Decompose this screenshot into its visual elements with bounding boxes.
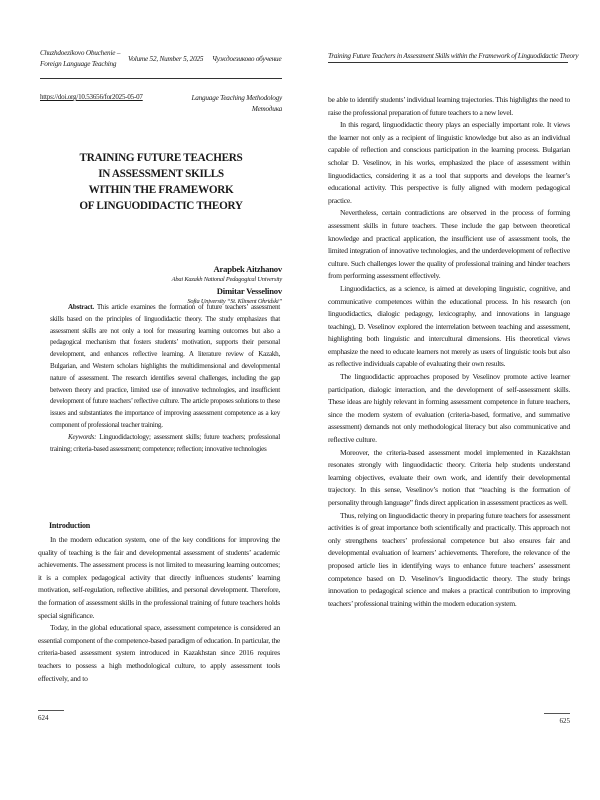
body-paragraph: The linguodidactic approaches proposed b… [328, 371, 570, 447]
body-paragraph: In this regard, linguodidactic theory pl… [328, 119, 570, 207]
journal-name-cyrillic: Чуждоезиково обучение [212, 55, 281, 63]
body-text-left: In the modern education system, one of t… [38, 534, 280, 685]
section-label: Language Teaching Methodology Методика [191, 93, 282, 115]
author-name: Arapbek Aitzhanov [172, 263, 282, 275]
body-paragraph: Linguodidactics, as a science, is aimed … [328, 283, 570, 371]
body-paragraph: Thus, relying on linguodidactic theory i… [328, 510, 570, 611]
abstract-label: Abstract. [68, 303, 94, 311]
section-label-bg: Методика [191, 104, 282, 115]
abstract-paragraph: Abstract. This article examines the form… [50, 302, 280, 432]
keywords-label: Keywords: [68, 433, 96, 441]
body-paragraph: In the modern education system, one of t… [38, 534, 280, 622]
title-line: IN ASSESSMENT SKILLS [40, 166, 282, 182]
journal-name: Chuzhdoezikovo Obuchenie – Foreign Langu… [40, 48, 120, 70]
author-name: Dimitar Vesselinov [172, 285, 282, 297]
doi-link[interactable]: https://doi.org/10.53656/for2025-05-07 [40, 93, 143, 101]
journal-name-line1: Chuzhdoezikovo Obuchenie – [40, 48, 120, 59]
title-line: OF LINGUODIDACTIC THEORY [40, 198, 282, 214]
body-paragraph: Nevertheless, certain contradictions are… [328, 207, 570, 283]
body-paragraph: Moreover, the criteria-based assessment … [328, 447, 570, 510]
introduction-heading: Introduction [49, 521, 90, 530]
right-page: Training Future Teachers in Assessment S… [300, 0, 600, 800]
journal-name-line2: Foreign Language Teaching [40, 59, 120, 70]
abstract-text: This article examines the formation of f… [50, 303, 280, 429]
left-page: Chuzhdoezikovo Obuchenie – Foreign Langu… [0, 0, 300, 800]
author-affiliation: Abai Kazakh National Pedagogical Univers… [172, 275, 282, 285]
body-text-right: be able to identify students’ individual… [328, 94, 570, 610]
continuation-paragraph: be able to identify students’ individual… [328, 94, 570, 119]
page-number-left: 624 [38, 714, 49, 722]
author-list: Arapbek Aitzhanov Abai Kazakh National P… [172, 263, 282, 307]
journal-header: Chuzhdoezikovo Obuchenie – Foreign Langu… [40, 48, 282, 79]
article-title: TRAINING FUTURE TEACHERS IN ASSESSMENT S… [40, 150, 282, 214]
page-number-right: 625 [560, 717, 571, 725]
section-label-en: Language Teaching Methodology [191, 93, 282, 104]
title-line: WITHIN THE FRAMEWORK [40, 182, 282, 198]
volume-info: Volume 52, Number 5, 2025 [128, 55, 203, 63]
title-line: TRAINING FUTURE TEACHERS [40, 150, 282, 166]
abstract-block: Abstract. This article examines the form… [50, 302, 280, 455]
running-header: Training Future Teachers in Assessment S… [328, 52, 568, 63]
keywords-paragraph: Keywords: Linguodidactology; assessment … [50, 432, 280, 456]
body-paragraph: Today, in the global educational space, … [38, 622, 280, 685]
